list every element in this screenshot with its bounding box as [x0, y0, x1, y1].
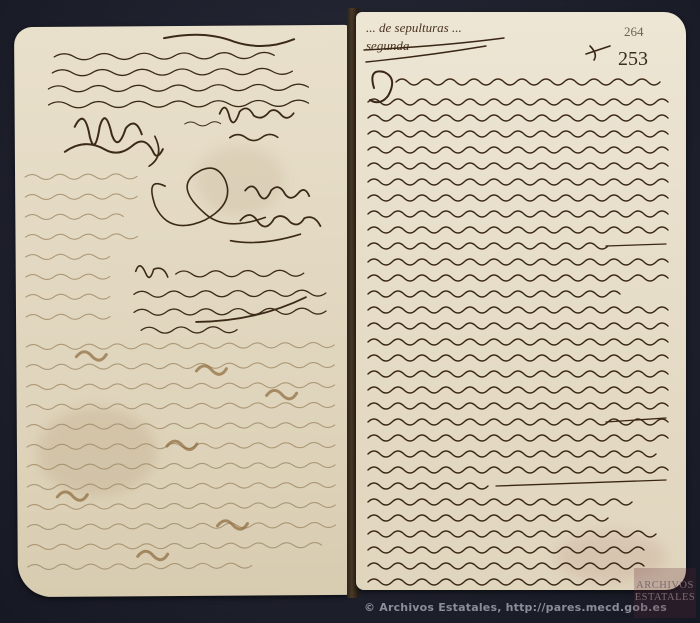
right-page-handwriting	[356, 12, 686, 590]
right-page: ... de sepulturas ... segunda 264 253	[356, 12, 686, 590]
archivos-estatales-logo: ARCHIVOS ESTATALES	[634, 568, 696, 618]
copyright-credit: © Archivos Estatales, http://pares.mecd.…	[364, 601, 667, 614]
logo-line-2: ESTATALES	[634, 592, 696, 604]
logo-line-1: ARCHIVOS	[634, 580, 696, 592]
left-page-handwriting	[14, 25, 354, 597]
left-page	[14, 25, 354, 597]
